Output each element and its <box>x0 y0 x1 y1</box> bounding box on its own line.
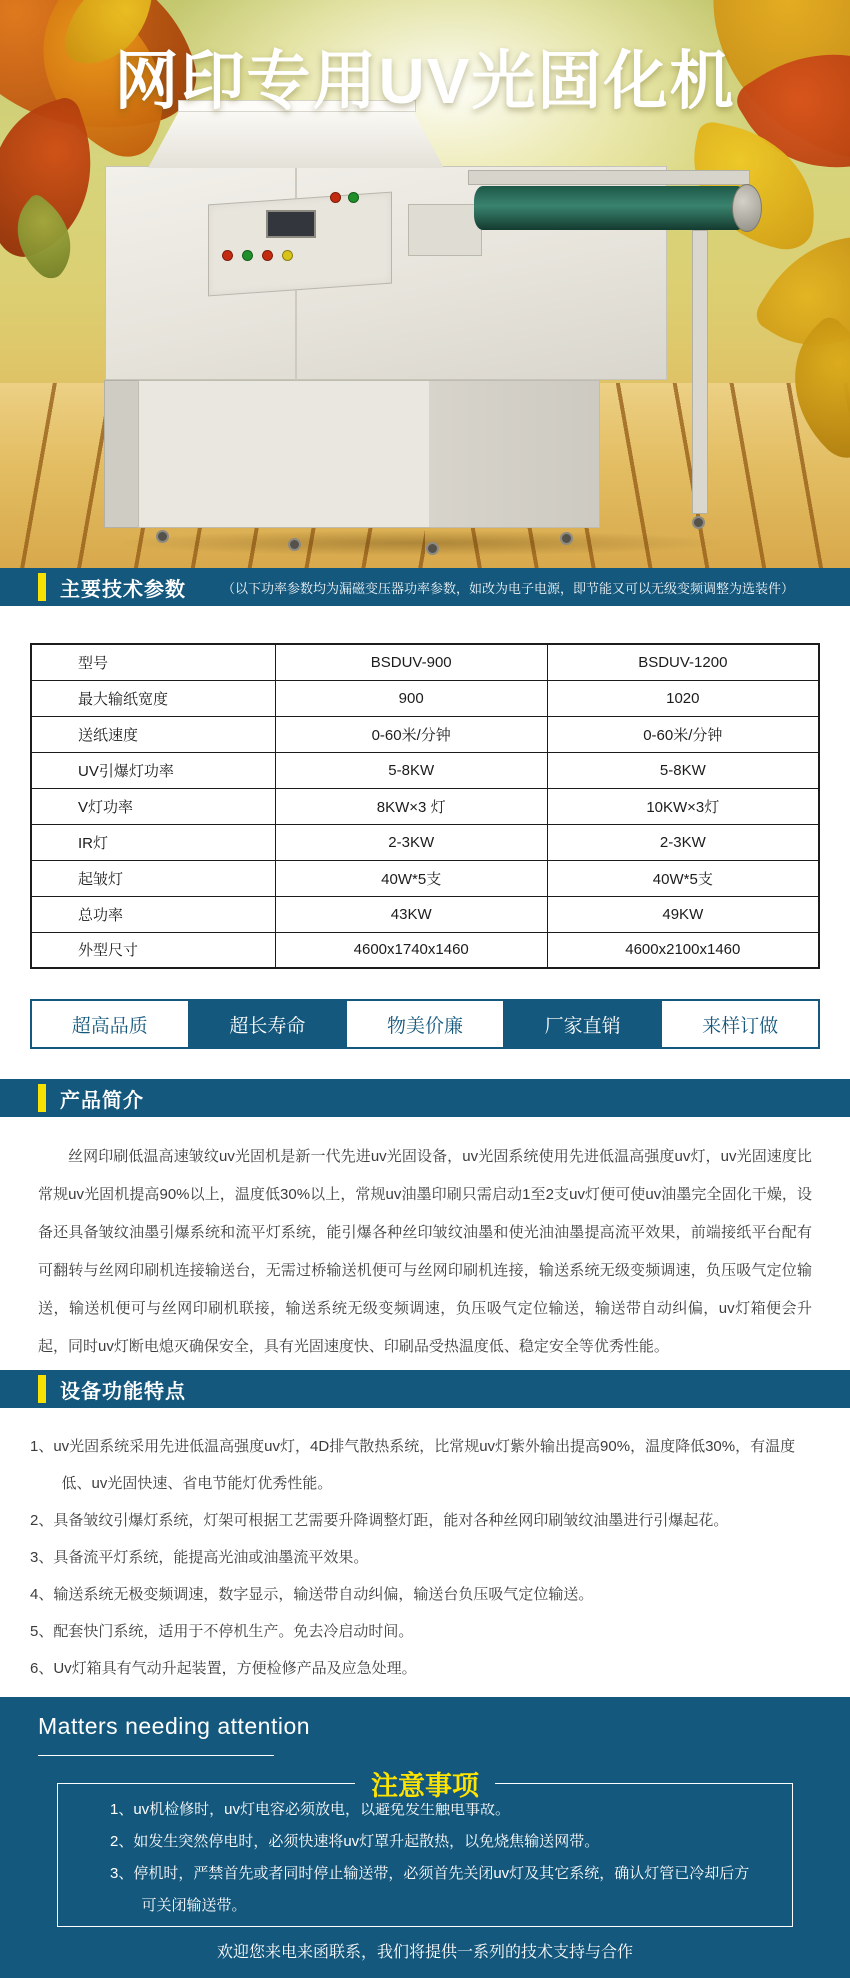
caster-wheel <box>426 542 439 555</box>
caster-wheel <box>560 532 573 545</box>
section-note-tech-params: （以下功率参数均为漏磁变压器功率参数，如改为电子电源，即节能又可以无级变频调整为… <box>222 578 794 597</box>
spec-value: 43KW <box>275 896 547 932</box>
conveyor-leg <box>692 230 708 514</box>
red-button <box>222 250 233 261</box>
control-panel <box>208 192 392 297</box>
spec-value: 40W*5支 <box>547 860 819 896</box>
badge-row: 超高品质 超长寿命 物美价廉 厂家直销 来样订做 <box>30 999 820 1049</box>
badge-factory-direct[interactable]: 厂家直销 <box>503 1001 661 1047</box>
notice-item: 3、停机时，严禁首先或者同时停止输送带，必须首先关闭uv灯及其它系统，确认灯管已… <box>110 1858 762 1922</box>
spec-value: 4600x1740x1460 <box>275 932 547 968</box>
table-row: V灯功率 8KW×3 灯 10KW×3灯 <box>31 788 819 824</box>
attention-underline <box>38 1755 274 1756</box>
intro-paragraph: 丝网印刷低温高速皱纹uv光固机是新一代先进uv光固设备，uv光固系统使用先进低温… <box>38 1138 812 1366</box>
list-item: 6、Uv灯箱具有气动升起装置，方便检修产品及应急处理。 <box>30 1650 820 1687</box>
section-header-features: 设备功能特点 <box>0 1370 850 1408</box>
table-row: 型号 BSDUV-900 BSDUV-1200 <box>31 644 819 680</box>
list-item: 4、输送系统无极变频调速，数字显示，输送带自动纠偏，输送台负压吸气定位输送。 <box>30 1576 820 1613</box>
spec-label: 最大输纸宽度 <box>31 680 275 716</box>
yellow-accent-bar <box>38 573 46 601</box>
display-screen <box>266 210 316 238</box>
conveyor-roller <box>732 184 762 232</box>
spec-label: UV引爆灯功率 <box>31 752 275 788</box>
spec-label: 型号 <box>31 644 275 680</box>
table-row: 起皱灯 40W*5支 40W*5支 <box>31 860 819 896</box>
notice-box: 注意事项 1、uv机检修时，uv灯电容必须放电，以避免发生触电事故。 2、如发生… <box>57 1783 793 1927</box>
spec-value: 0-60米/分钟 <box>547 716 819 752</box>
machine-shadow <box>110 530 730 556</box>
yellow-accent-bar <box>38 1084 46 1112</box>
notice-box-title: 注意事项 <box>355 1764 495 1803</box>
spec-label: 总功率 <box>31 896 275 932</box>
machine-base <box>138 380 600 528</box>
spec-value: 10KW×3灯 <box>547 788 819 824</box>
spec-value: 4600x2100x1460 <box>547 932 819 968</box>
caster-wheel <box>288 538 301 551</box>
table-row: 送纸速度 0-60米/分钟 0-60米/分钟 <box>31 716 819 752</box>
attention-title-en: Matters needing attention <box>38 1713 850 1740</box>
conveyor-belt <box>474 186 746 230</box>
spec-value: 5-8KW <box>547 752 819 788</box>
table-row: 最大输纸宽度 900 1020 <box>31 680 819 716</box>
section-title-features: 设备功能特点 <box>60 1375 186 1404</box>
spec-value: 0-60米/分钟 <box>275 716 547 752</box>
spec-value: 2-3KW <box>275 824 547 860</box>
product-photo <box>90 100 760 558</box>
spec-label: IR灯 <box>31 824 275 860</box>
list-item: 2、具备皱纹引爆灯系统，灯架可根据工艺需要升降调整灯距，能对各种丝网印刷皱纹油墨… <box>30 1502 820 1539</box>
conveyor-rail <box>468 170 750 185</box>
spec-label: 起皱灯 <box>31 860 275 896</box>
list-item: 3、具备流平灯系统，能提高光油或油墨流平效果。 <box>30 1539 820 1576</box>
green-indicator <box>348 192 359 203</box>
spec-value: 1020 <box>547 680 819 716</box>
hero-banner: 网印专用UV光固化机 <box>0 0 850 568</box>
section-title-intro: 产品简介 <box>60 1084 144 1113</box>
table-row: IR灯 2-3KW 2-3KW <box>31 824 819 860</box>
spec-value: 5-8KW <box>275 752 547 788</box>
page: 网印专用UV光固化机 主要技术参数 （以下功率参数均为漏磁变压器功率参数，如改为… <box>0 0 850 1978</box>
table-row: 总功率 43KW 49KW <box>31 896 819 932</box>
badge-long-life[interactable]: 超长寿命 <box>188 1001 346 1047</box>
yellow-button <box>282 250 293 261</box>
attention-panel: Matters needing attention 注意事项 1、uv机检修时，… <box>0 1697 850 1978</box>
machine-base-left <box>104 380 140 528</box>
list-item: 5、配套快门系统，适用于不停机生产。免去冷启动时间。 <box>30 1613 820 1650</box>
side-panel <box>408 204 482 256</box>
section-title-tech-params: 主要技术参数 <box>60 573 186 602</box>
badge-good-value[interactable]: 物美价廉 <box>345 1001 503 1047</box>
green-button <box>242 250 253 261</box>
section-header-intro: 产品简介 <box>0 1079 850 1117</box>
feature-list: 1、uv光固系统采用先进低温高强度uv灯，4D排气散热系统，比常规uv灯紫外输出… <box>30 1428 820 1687</box>
spec-value: 8KW×3 灯 <box>275 788 547 824</box>
yellow-accent-bar <box>38 1375 46 1403</box>
spec-label: V灯功率 <box>31 788 275 824</box>
spec-value: 900 <box>275 680 547 716</box>
red-button <box>262 250 273 261</box>
spec-value: 40W*5支 <box>275 860 547 896</box>
spec-table: 型号 BSDUV-900 BSDUV-1200 最大输纸宽度 900 1020 … <box>30 643 820 969</box>
caster-wheel <box>156 530 169 543</box>
spec-label: 外型尺寸 <box>31 932 275 968</box>
page-title: 网印专用UV光固化机 <box>0 30 850 122</box>
list-item: 1、uv光固系统采用先进低温高强度uv灯，4D排气散热系统，比常规uv灯紫外输出… <box>30 1428 820 1502</box>
notice-item: 2、如发生突然停电时，必须快速将uv灯罩升起散热，以免烧焦输送网带。 <box>110 1826 762 1858</box>
table-row: UV引爆灯功率 5-8KW 5-8KW <box>31 752 819 788</box>
badge-custom-orders[interactable]: 来样订做 <box>660 1001 818 1047</box>
spec-value: BSDUV-900 <box>275 644 547 680</box>
section-header-tech-params: 主要技术参数 （以下功率参数均为漏磁变压器功率参数，如改为电子电源，即节能又可以… <box>0 568 850 606</box>
table-row: 外型尺寸 4600x1740x1460 4600x2100x1460 <box>31 932 819 968</box>
badge-super-quality[interactable]: 超高品质 <box>32 1001 188 1047</box>
spec-value: 49KW <box>547 896 819 932</box>
caster-wheel <box>692 516 705 529</box>
red-indicator <box>330 192 341 203</box>
spec-label: 送纸速度 <box>31 716 275 752</box>
spec-value: 2-3KW <box>547 824 819 860</box>
spec-value: BSDUV-1200 <box>547 644 819 680</box>
